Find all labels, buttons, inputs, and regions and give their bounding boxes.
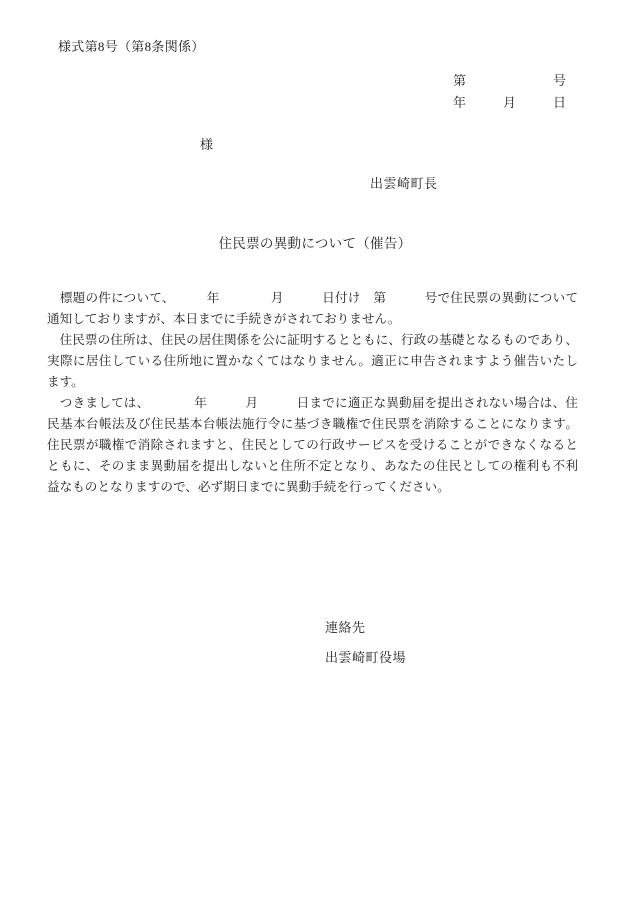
document-number-line: 第 号 [453, 72, 566, 94]
body-line: 住民票が職権で消除されますと、住民としての行政サービスを受けることができなくなる… [47, 435, 578, 456]
document-date-line: 年 月 日 [453, 94, 566, 116]
contact-block: 連絡先 出雲崎町役場 [325, 613, 406, 673]
document-page: 様式第8号（第8条関係） 第 号 年 月 日 様 出雲崎町長 住民票の異動につい… [0, 0, 630, 903]
document-number-and-date: 第 号 年 月 日 [453, 72, 566, 116]
document-body: 標題の件について、 年 月 日付け 第 号で住民票の異動について 通知しておりま… [47, 288, 578, 498]
form-number-label: 様式第8号（第8条関係） [58, 36, 205, 55]
body-line: 住民票の住所は、住民の居住関係を公に証明するとともに、行政の基礎となるものであり… [47, 330, 578, 351]
date-year-label: 年 [453, 94, 466, 116]
body-line: ます。 [47, 372, 578, 393]
body-line: 民基本台帳法及び住民基本台帳法施行令に基づき職権で住民票を消除することになります… [47, 414, 578, 435]
date-month-label: 月 [503, 94, 516, 116]
office-name: 出雲崎町役場 [325, 643, 406, 673]
body-line: ともに、そのまま異動届を提出しないと住所不定となり、あなたの住民としての権利も不… [47, 456, 578, 477]
body-line: 標題の件について、 年 月 日付け 第 号で住民票の異動について [47, 288, 578, 309]
document-title: 住民票の異動について（催告） [0, 232, 630, 252]
body-line: つきましては、 年 月 日までに適正な異動届を提出されない場合は、住 [47, 393, 578, 414]
contact-label: 連絡先 [325, 613, 406, 643]
body-line: 実際に居住している住所地に置かなくてはなりません。適正に申告されますよう催告いた… [47, 351, 578, 372]
body-line: 益なものとなりますので、必ず期日までに異動手続を行ってください。 [47, 477, 578, 498]
date-day-label: 日 [553, 94, 566, 116]
body-line: 通知しておりますが、本日までに手続きがされておりません。 [47, 309, 578, 330]
doc-number-suffix: 号 [553, 72, 566, 94]
sender-title: 出雲崎町長 [370, 173, 438, 192]
doc-number-prefix: 第 [453, 72, 466, 94]
addressee-honorific: 様 [200, 134, 213, 153]
